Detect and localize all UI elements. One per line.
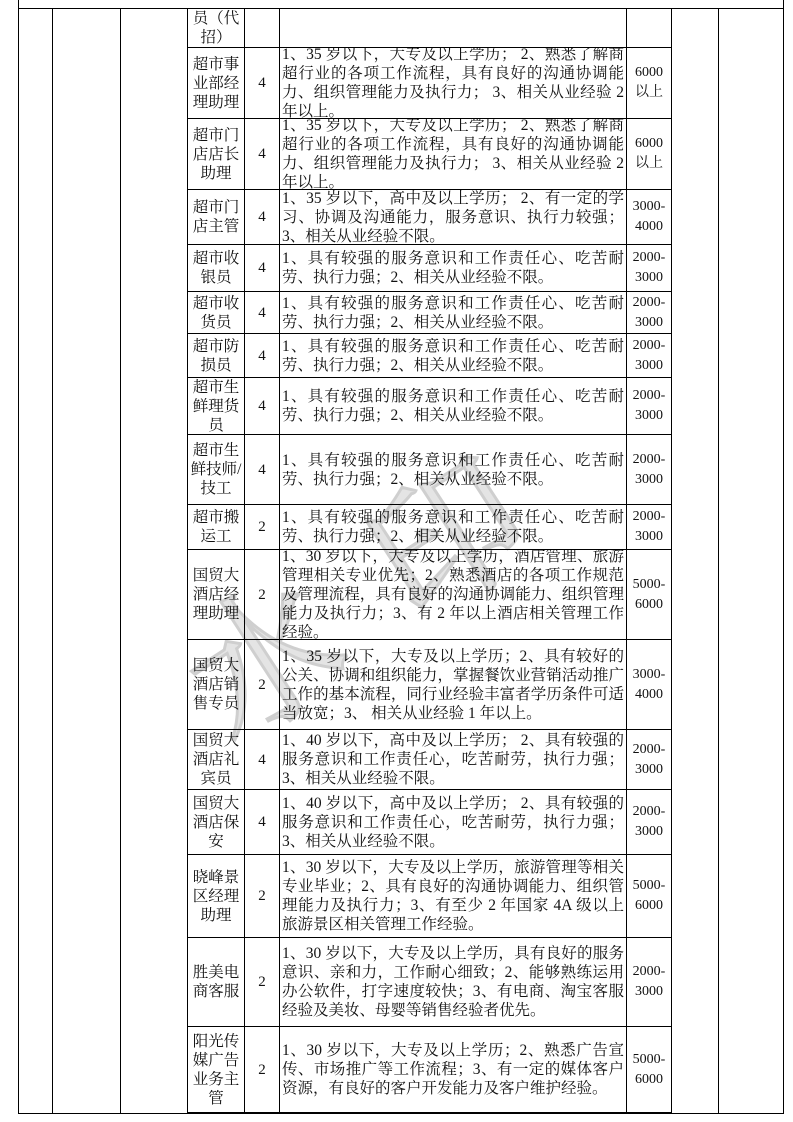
- job-title-cell: 超市收货员: [187, 292, 245, 334]
- requirements-cell: 1、30 岁以下，大专及以上学历，旅游管理等相关专业毕业；2、具有良好的沟通协调…: [280, 855, 627, 938]
- requirements-cell: 1、30 岁以下，大专及以上学历，具有良好的服务意识、亲和力，工作耐心细致；2、…: [280, 938, 627, 1027]
- empty-cell: [672, 245, 783, 292]
- empty-cell: [19, 334, 187, 378]
- requirements-text: 1、35 岁以下，大专及以上学历；2、具有较好的公关、协调和组织能力，掌握餐饮业…: [282, 647, 624, 723]
- job-title-cell: 超市搬运工: [187, 505, 245, 550]
- quantity-cell: 4: [245, 730, 280, 790]
- empty-cell: [672, 938, 783, 1027]
- empty-cell: [672, 119, 783, 190]
- requirements-cell: 1、35 岁以下，大专及以上学历；2、具有较好的公关、协调和组织能力，掌握餐饮业…: [280, 640, 627, 730]
- salary-cell: 2000- 3000: [627, 730, 672, 790]
- table-row: 国贸大酒店礼宾员 4 1、40 岁以下，高中及以上学历； 2、具有较强的服务意识…: [19, 730, 783, 790]
- empty-cell: [19, 190, 187, 245]
- quantity-cell: 2: [245, 855, 280, 938]
- table-row: 超市生鲜理货员 4 1、具有较强的服务意识和工作责任心、吃苦耐劳、执行力强；2、…: [19, 378, 783, 435]
- empty-cell: [19, 855, 187, 938]
- requirements-text: 1、40 岁以下，高中及以上学历； 2、具有较强的服务意识和工作责任心，吃苦耐劳…: [282, 794, 624, 851]
- job-title-cell: 胜美电商客服: [187, 938, 245, 1027]
- requirements-text: 1、具有较强的服务意识和工作责任心、吃苦耐劳、执行力强；2、相关从业经验不限。: [282, 387, 624, 425]
- salary-cell: 6000 以上: [627, 48, 672, 119]
- requirements-cell: 1、35 岁以下，大专及以上学历； 2、熟悉了解商超行业的各项工作流程，具有良好…: [280, 119, 627, 190]
- table-row: 超市搬运工 2 1、具有较强的服务意识和工作责任心、吃苦耐劳、执行力强；2、相关…: [19, 505, 783, 550]
- requirements-text: 1、35 岁以下，大专及以上学历； 2、熟悉了解商超行业的各项工作流程，具有良好…: [282, 48, 624, 119]
- empty-cell: [672, 550, 783, 640]
- table-row: 超市收货员 4 1、具有较强的服务意识和工作责任心、吃苦耐劳、执行力强；2、相关…: [19, 292, 783, 334]
- job-title-cell: 国贸大酒店保安: [187, 790, 245, 855]
- requirements-text: 1、40 岁以下，高中及以上学历； 2、具有较强的服务意识和工作责任心，吃苦耐劳…: [282, 731, 624, 788]
- salary-cell: 2000- 3000: [627, 334, 672, 378]
- requirements-cell: 1、40 岁以下，高中及以上学历； 2、具有较强的服务意识和工作责任心，吃苦耐劳…: [280, 730, 627, 790]
- requirements-text: 1、30 岁以下，大专及以上学历；2、熟悉广告宣传、市场推广等工作流程；3、有一…: [282, 1041, 624, 1098]
- empty-cell: [19, 48, 187, 119]
- job-title-cell: 超市生鲜技师/技工: [187, 435, 245, 505]
- table-row: 胜美电商客服 2 1、30 岁以下，大专及以上学历，具有良好的服务意识、亲和力，…: [19, 938, 783, 1027]
- salary-cell: 2000- 3000: [627, 790, 672, 855]
- table-gridline: [52, 8, 53, 1113]
- table-row: 国贸大酒店保安 4 1、40 岁以下，高中及以上学历； 2、具有较强的服务意识和…: [19, 790, 783, 855]
- empty-cell: [19, 245, 187, 292]
- table-gridline: [120, 8, 121, 1113]
- table-row: 超市生鲜技师/技工 4 1、具有较强的服务意识和工作责任心、吃苦耐劳、执行力强；…: [19, 435, 783, 505]
- quantity-cell: 2: [245, 505, 280, 550]
- empty-cell: [672, 640, 783, 730]
- job-title-cell: 超市收银员: [187, 245, 245, 292]
- requirements-cell: 1、30 岁以下，大专及以上学历，酒店管理、旅游管理相关专业优先；2、熟悉酒店的…: [280, 550, 627, 640]
- empty-cell: [19, 1027, 187, 1113]
- table-row: 阳光传媒广告业务主管 2 1、30 岁以下，大专及以上学历；2、熟悉广告宣传、市…: [19, 1027, 783, 1113]
- quantity-cell: [245, 8, 280, 48]
- salary-cell: 3000- 4000: [627, 190, 672, 245]
- job-table: 员（代招） 超市事业部经理助理 4 1、35 岁以下，大专及以上学历； 2、熟悉…: [19, 8, 783, 1113]
- job-title-cell: 阳光传媒广告业务主管: [187, 1027, 245, 1113]
- job-title-cell: 国贸大酒店销售专员: [187, 640, 245, 730]
- requirements-text: 1、35 岁以下，大专及以上学历； 2、熟悉了解商超行业的各项工作流程，具有良好…: [282, 119, 624, 190]
- empty-cell: [672, 730, 783, 790]
- table-row: 超市门店店长助理 4 1、35 岁以下，大专及以上学历； 2、熟悉了解商超行业的…: [19, 119, 783, 190]
- quantity-cell: 2: [245, 550, 280, 640]
- empty-cell: [19, 435, 187, 505]
- empty-cell: [672, 292, 783, 334]
- job-title-cell: 超市事业部经理助理: [187, 48, 245, 119]
- quantity-cell: 4: [245, 435, 280, 505]
- job-title-cell: 员（代招）: [187, 8, 245, 48]
- quantity-cell: 2: [245, 1027, 280, 1113]
- requirements-cell: [280, 8, 627, 48]
- quantity-cell: 4: [245, 119, 280, 190]
- requirements-cell: 1、35 岁以下，高中及以上学历； 2、有一定的学习、协调及沟通能力，服务意识、…: [280, 190, 627, 245]
- table-row: 超市门店主管 4 1、35 岁以下，高中及以上学历； 2、有一定的学习、协调及沟…: [19, 190, 783, 245]
- job-title-cell: 超市防损员: [187, 334, 245, 378]
- quantity-cell: 4: [245, 292, 280, 334]
- requirements-text: 1、30 岁以下，大专及以上学历，酒店管理、旅游管理相关专业优先；2、熟悉酒店的…: [282, 550, 624, 640]
- salary-cell: 2000- 3000: [627, 245, 672, 292]
- quantity-cell: 4: [245, 190, 280, 245]
- requirements-cell: 1、具有较强的服务意识和工作责任心、吃苦耐劳、执行力强；2、相关从业经验不限。: [280, 378, 627, 435]
- empty-cell: [672, 190, 783, 245]
- empty-cell: [19, 505, 187, 550]
- requirements-cell: 1、35 岁以下，大专及以上学历； 2、熟悉了解商超行业的各项工作流程，具有良好…: [280, 48, 627, 119]
- quantity-cell: 4: [245, 790, 280, 855]
- table-right-border: [783, 0, 784, 1113]
- requirements-cell: 1、具有较强的服务意识和工作责任心、吃苦耐劳、执行力强；2、相关从业经验不限。: [280, 334, 627, 378]
- table-left-border: [18, 0, 19, 1113]
- empty-cell: [19, 790, 187, 855]
- requirements-text: 1、35 岁以下，高中及以上学历； 2、有一定的学习、协调及沟通能力，服务意识、…: [282, 190, 624, 245]
- table-row: 员（代招）: [19, 8, 783, 48]
- empty-cell: [19, 730, 187, 790]
- table-row: 国贸大酒店经理助理 2 1、30 岁以下，大专及以上学历，酒店管理、旅游管理相关…: [19, 550, 783, 640]
- job-title-cell: 超市生鲜理货员: [187, 378, 245, 435]
- requirements-cell: 1、具有较强的服务意识和工作责任心、吃苦耐劳、执行力强；2、相关从业经验不限。: [280, 505, 627, 550]
- table-row: 超市防损员 4 1、具有较强的服务意识和工作责任心、吃苦耐劳、执行力强；2、相关…: [19, 334, 783, 378]
- requirements-text: 1、30 岁以下，大专及以上学历，具有良好的服务意识、亲和力，工作耐心细致；2、…: [282, 944, 624, 1020]
- requirements-cell: 1、具有较强的服务意识和工作责任心、吃苦耐劳、执行力强；2、相关从业经验不限。: [280, 292, 627, 334]
- quantity-cell: 4: [245, 334, 280, 378]
- quantity-cell: 2: [245, 640, 280, 730]
- salary-cell: 6000 以上: [627, 119, 672, 190]
- empty-cell: [19, 292, 187, 334]
- quantity-cell: 2: [245, 938, 280, 1027]
- requirements-text: 1、具有较强的服务意识和工作责任心、吃苦耐劳、执行力强；2、相关从业经验不限。: [282, 508, 624, 546]
- table-row: 晓峰景区经理助理 2 1、30 岁以下，大专及以上学历，旅游管理等相关专业毕业；…: [19, 855, 783, 938]
- empty-cell: [19, 378, 187, 435]
- empty-cell: [672, 790, 783, 855]
- job-title-cell: 超市门店店长助理: [187, 119, 245, 190]
- empty-cell: [672, 855, 783, 938]
- empty-cell: [19, 550, 187, 640]
- empty-cell: [672, 505, 783, 550]
- salary-cell: [627, 8, 672, 48]
- salary-cell: 3000- 4000: [627, 640, 672, 730]
- table-row: 超市事业部经理助理 4 1、35 岁以下，大专及以上学历； 2、熟悉了解商超行业…: [19, 48, 783, 119]
- empty-cell: [672, 435, 783, 505]
- salary-cell: 5000- 6000: [627, 550, 672, 640]
- document-page: 水印 员（代招） 超市事业部经理助理 4 1、35 岁以下，大专及以上学历； 2…: [0, 0, 793, 1122]
- requirements-text: 1、30 岁以下，大专及以上学历，旅游管理等相关专业毕业；2、具有良好的沟通协调…: [282, 858, 624, 934]
- salary-cell: 2000- 3000: [627, 938, 672, 1027]
- requirements-text: 1、具有较强的服务意识和工作责任心、吃苦耐劳、执行力强；2、相关从业经验不限。: [282, 451, 624, 489]
- empty-cell: [19, 8, 187, 48]
- quantity-cell: 4: [245, 378, 280, 435]
- empty-cell: [672, 378, 783, 435]
- empty-cell: [672, 8, 783, 48]
- salary-cell: 2000- 3000: [627, 378, 672, 435]
- empty-cell: [19, 119, 187, 190]
- empty-cell: [672, 334, 783, 378]
- table-top-rule: [18, 8, 784, 9]
- job-title-cell: 超市门店主管: [187, 190, 245, 245]
- job-title-cell: 国贸大酒店礼宾员: [187, 730, 245, 790]
- empty-cell: [19, 938, 187, 1027]
- salary-cell: 2000- 3000: [627, 505, 672, 550]
- table-bottom-border: [18, 1113, 784, 1114]
- table-row: 国贸大酒店销售专员 2 1、35 岁以下，大专及以上学历；2、具有较好的公关、协…: [19, 640, 783, 730]
- table-row: 超市收银员 4 1、具有较强的服务意识和工作责任心、吃苦耐劳、执行力强；2、相关…: [19, 245, 783, 292]
- requirements-cell: 1、30 岁以下，大专及以上学历；2、熟悉广告宣传、市场推广等工作流程；3、有一…: [280, 1027, 627, 1113]
- requirements-cell: 1、40 岁以下，高中及以上学历； 2、具有较强的服务意识和工作责任心，吃苦耐劳…: [280, 790, 627, 855]
- quantity-cell: 4: [245, 245, 280, 292]
- empty-cell: [672, 1027, 783, 1113]
- salary-cell: 5000- 6000: [627, 855, 672, 938]
- salary-cell: 2000- 3000: [627, 292, 672, 334]
- requirements-cell: 1、具有较强的服务意识和工作责任心、吃苦耐劳、执行力强；2、相关从业经验不限。: [280, 245, 627, 292]
- requirements-cell: 1、具有较强的服务意识和工作责任心、吃苦耐劳、执行力强；2、相关从业经验不限。: [280, 435, 627, 505]
- table-gridline: [718, 8, 719, 1113]
- requirements-text: 1、具有较强的服务意识和工作责任心、吃苦耐劳、执行力强；2、相关从业经验不限。: [282, 249, 624, 287]
- requirements-text: 1、具有较强的服务意识和工作责任心、吃苦耐劳、执行力强；2、相关从业经验不限。: [282, 294, 624, 332]
- empty-cell: [19, 640, 187, 730]
- empty-cell: [672, 48, 783, 119]
- quantity-cell: 4: [245, 48, 280, 119]
- salary-cell: 2000- 3000: [627, 435, 672, 505]
- job-title-cell: 晓峰景区经理助理: [187, 855, 245, 938]
- salary-cell: 5000- 6000: [627, 1027, 672, 1113]
- job-title-cell: 国贸大酒店经理助理: [187, 550, 245, 640]
- requirements-text: 1、具有较强的服务意识和工作责任心、吃苦耐劳、执行力强；2、相关从业经验不限。: [282, 337, 624, 375]
